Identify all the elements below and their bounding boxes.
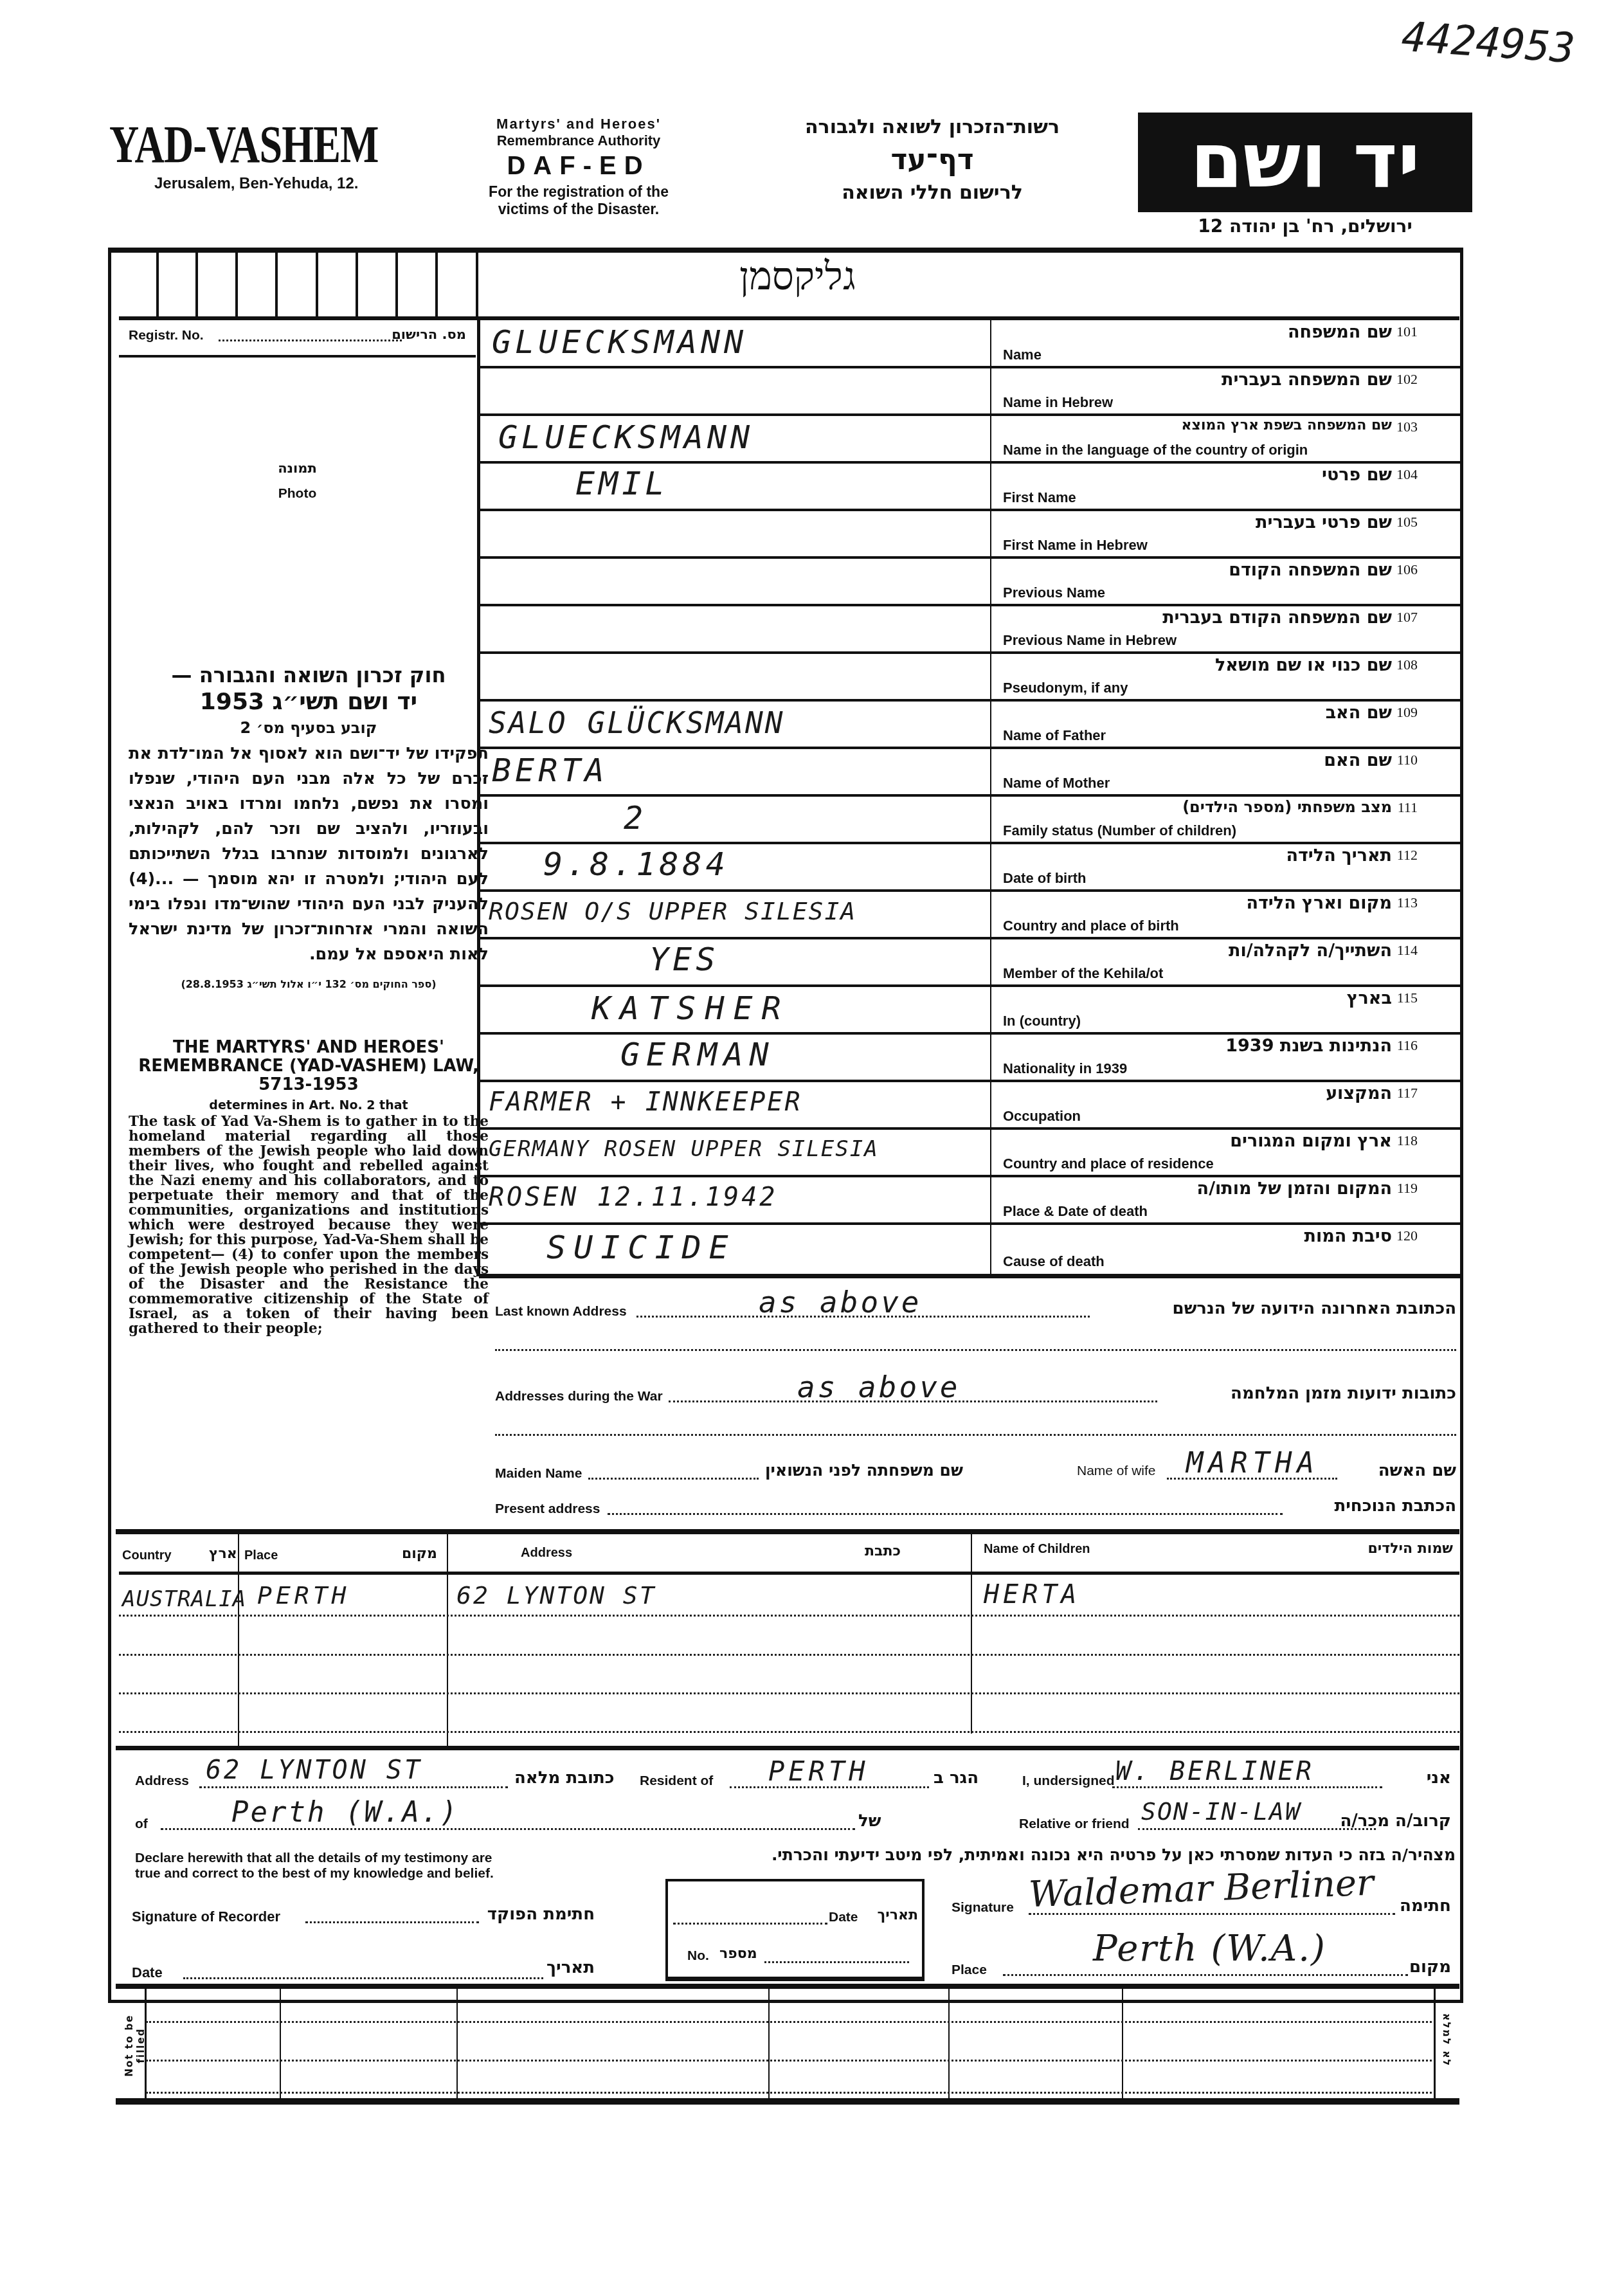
maiden-label-he: שם משפחתה לפני הנשואין [765, 1461, 963, 1480]
field-label-he: שם האב [1326, 703, 1392, 723]
field-label-he: מקום וארץ הלידה [1246, 893, 1392, 913]
hebrew-name-annotation: גליקסמן [739, 254, 856, 299]
table-row[interactable]: AUSTRALIA PERTH 62 LYNTON ST HERTA [119, 1575, 1459, 1617]
field-label-en: Name in Hebrew [1003, 394, 1113, 411]
field-value: EMIL [575, 465, 668, 502]
field-row-101[interactable]: GLUECKSMANN 101 שם המשפחה Name [479, 318, 1463, 368]
field-label-he: שם כנוי או שם מושאל [1215, 655, 1392, 675]
field-value: KATSHER [591, 990, 790, 1027]
declaration-he: מצהיר/ה בזה כי העדות שמסרתי כאן על פרטיה… [771, 1845, 1456, 1864]
field-label-he: המקום והזמן של מותו/ה [1197, 1179, 1392, 1199]
field-number: 107 [1396, 609, 1418, 626]
date-label-en: Date [132, 1964, 163, 1981]
field-label-en: Place & Date of death [1003, 1203, 1148, 1220]
field-number: 113 [1397, 894, 1418, 911]
field-value: GLUECKSMANN [498, 419, 753, 456]
he-address: ירושלים, רח' בן יהודה 12 [1144, 215, 1466, 237]
field-label-en: Member of the Kehila/ot [1003, 965, 1163, 982]
org-title: YAD-VASHEM [109, 114, 379, 175]
field-row-117[interactable]: FARMER + INNKEEPER 117 המקצוע Occupation [479, 1080, 1463, 1130]
field-number: 116 [1397, 1037, 1418, 1054]
resident-value: PERTH [768, 1755, 869, 1787]
header-address-he: כתבת [865, 1543, 901, 1559]
field-value: YES [649, 941, 719, 978]
last-known-address-field[interactable]: Last known Address as above הכתובת האחרו… [495, 1285, 1456, 1323]
field-label-he: סיבת המות [1304, 1226, 1392, 1246]
field-label-en: Name of Father [1003, 727, 1106, 744]
law-en-sub: determines in Art. No. 2 that [129, 1098, 489, 1113]
field-label-he: מצב משפחתי (מספר הילדים) [1182, 798, 1392, 816]
registration-label-he: מס. הרישום [392, 327, 466, 342]
field-label-en: Name in the language of the country of o… [1003, 442, 1308, 458]
maiden-and-wife-field[interactable]: Maiden Name שם משפחתה לפני הנשואין Name … [495, 1447, 1456, 1485]
registration-label-en: Registr. No. [129, 328, 204, 343]
field-row-118[interactable]: GERMANY ROSEN UPPER SILESIA 118 ארץ ומקו… [479, 1127, 1463, 1177]
table-row[interactable] [119, 1655, 1459, 1694]
field-row-102[interactable]: 102 שם המשפחה בעברית Name in Hebrew [479, 366, 1463, 416]
wife-label-he: שם האשה [1378, 1461, 1456, 1480]
field-label-en: Previous Name in Hebrew [1003, 632, 1177, 649]
value: as above [797, 1370, 961, 1404]
field-label-he: שם המשפחה בעברית [1222, 370, 1392, 390]
header-country-he: ארץ [209, 1546, 237, 1562]
he-authority: רשות־הזכרון לשואה ולגבורה [752, 116, 1112, 138]
field-label-he: שם האם [1324, 750, 1392, 770]
field-value: ROSEN O/S UPPER SILESIA [489, 897, 856, 925]
purpose-line1: For the registration of the [450, 183, 707, 201]
field-number: 102 [1396, 371, 1418, 388]
recorder-label-en: Signature of Recorder [132, 1908, 280, 1925]
photo-label-he: תמונה [119, 460, 476, 476]
field-label-he: המקצוע [1326, 1083, 1392, 1103]
testimony-line2[interactable]: of Perth (W.A.) של Relative or friend SO… [122, 1797, 1456, 1836]
not-to-be-filled-label: Not to be filled [123, 1997, 147, 2094]
field-number: 120 [1396, 1228, 1418, 1244]
field-row-116[interactable]: GERMAN 116 הנתינות בשנת 1939 Nationality… [479, 1032, 1463, 1082]
field-label-en: Name [1003, 347, 1042, 363]
he-purpose: לרישום חללי השואה [752, 181, 1112, 204]
header-children-en: Name of Children [984, 1542, 1090, 1557]
place-label-en: Place [952, 1962, 987, 1978]
office-date-field[interactable]: Date תאריך [668, 1907, 922, 1933]
registration-digit-grid [116, 253, 479, 317]
field-value: GERMANY ROSEN UPPER SILESIA [489, 1136, 879, 1162]
field-label-en: Occupation [1003, 1108, 1081, 1125]
value: as above [759, 1285, 922, 1319]
field-rows: GLUECKSMANN 101 שם המשפחה Name 102 שם המ… [479, 318, 1463, 1276]
field-label-en: First Name in Hebrew [1003, 537, 1148, 554]
resident-label-en: Resident of [640, 1773, 713, 1789]
testimony-line1[interactable]: Address 62 LYNTON ST כתובת מלאה Resident… [122, 1755, 1456, 1794]
field-label-en: Cause of death [1003, 1253, 1105, 1270]
declaration-en: Declare herewith that all the details of… [135, 1851, 508, 1881]
header-country-en: Country [122, 1548, 172, 1563]
authority-block-en: Martyrs' and Heroes' Remembrance Authori… [450, 116, 707, 218]
field-label-en: Date of birth [1003, 870, 1087, 887]
box-no-label-he: מספר [719, 1946, 757, 1962]
field-label-en: Nationality in 1939 [1003, 1060, 1127, 1077]
wife-value: MARTHA [1186, 1447, 1319, 1480]
field-row-110[interactable]: BERTA 110 שם האם Name of Mother [479, 747, 1463, 797]
field-number: 111 [1398, 799, 1418, 816]
field-label-en: Name of Mother [1003, 775, 1110, 792]
box-date-label-en: Date [829, 1910, 858, 1925]
field-row-107[interactable]: 107 שם המשפחה הקודם בעברית Previous Name… [479, 604, 1463, 654]
org-address: Jerusalem, Ben-Yehuda, 12. [154, 175, 358, 193]
table-header: Country ארץ Place מקום Address כתבת Name… [119, 1534, 1459, 1575]
place-value: Perth (W.A.) [1093, 1928, 1326, 1970]
relative-label-en: Relative or friend [1019, 1817, 1130, 1832]
place-label-he: מקום [1409, 1957, 1451, 1977]
cell-child-name: HERTA [984, 1580, 1080, 1609]
field-label-he: השתייך/ה לקהלה/ות [1229, 941, 1392, 961]
form-name: DAF-ED [450, 152, 707, 181]
recorder-signature-field[interactable]: Signature of Recorder חתימת הפוקד [132, 1903, 595, 1929]
date-label-he: תאריך [546, 1958, 595, 1977]
header-place-he: מקום [402, 1546, 437, 1562]
field-label-he: שם המשפחה [1288, 322, 1392, 342]
field-label-he: שם פרטי בעברית [1256, 512, 1392, 532]
field-value: ROSEN 12.11.1942 [489, 1183, 777, 1212]
field-row-113[interactable]: ROSEN O/S UPPER SILESIA 113 מקום וארץ הל… [479, 889, 1463, 939]
cell-place: PERTH [257, 1581, 350, 1609]
field-label-he: תאריך הלידה [1286, 846, 1392, 866]
authority-line1: Martyrs' and Heroes' [450, 116, 707, 132]
field-value: GERMAN [620, 1036, 775, 1073]
registration-number-field[interactable]: Registr. No. מס. הרישום [119, 322, 476, 354]
field-label-en: Country and place of residence [1003, 1156, 1214, 1172]
page-number: 4424953 [1400, 14, 1576, 73]
logo-text: יד ושם [1138, 113, 1472, 209]
header-address-en: Address [521, 1546, 572, 1561]
field-label-en: In (country) [1003, 1013, 1081, 1029]
address-value: 62 LYNTON ST [206, 1755, 422, 1785]
office-use-grid: Not to be filled לא למלא [119, 1989, 1459, 2098]
children-table: Country ארץ Place מקום Address כתבת Name… [119, 1534, 1459, 1746]
field-number: 104 [1396, 466, 1418, 483]
field-row-109[interactable]: SALO GLÜCKSMANN 109 שם האב Name of Fathe… [479, 699, 1463, 749]
field-row-106[interactable]: 106 שם המשפחה הקודם Previous Name [479, 556, 1463, 606]
of-label-en: of [135, 1817, 148, 1832]
box-no-label-en: No. [687, 1948, 709, 1964]
field-number: 119 [1397, 1180, 1418, 1197]
recorder-date-field[interactable]: Date תאריך [132, 1958, 595, 1984]
field-row-105[interactable]: 105 שם פרטי בעברית First Name in Hebrew [479, 509, 1463, 559]
of-label-he: של [858, 1811, 881, 1831]
field-value: GLUECKSMANN [492, 323, 747, 361]
undersigned-value: W. BERLINER [1115, 1757, 1314, 1786]
field-label-en: Previous Name [1003, 585, 1105, 601]
witness-place-field[interactable]: Place Perth (W.A.) מקום [952, 1923, 1456, 1980]
field-number: 103 [1396, 419, 1418, 435]
field-row-120[interactable]: SUICIDE 120 סיבת המות Cause of death [479, 1222, 1463, 1278]
label-he: כתובות ידועות מזמן המלחמה [1231, 1384, 1456, 1403]
field-label-en: Pseudonym, if any [1003, 680, 1128, 696]
maiden-label-en: Maiden Name [495, 1466, 582, 1482]
law-he-body: תפקידו של יד־ושם הוא לאסוף אל המו־לדת את… [129, 741, 489, 967]
field-number: 118 [1397, 1132, 1418, 1149]
law-he-ref: (ספר החוקים מס׳ 132 י״ו אלול תשי״ג 28.8.… [129, 971, 489, 997]
present-address-field[interactable]: Present address הכתבת הנוכחית [495, 1489, 1456, 1521]
field-number: 115 [1397, 990, 1418, 1006]
of-value: Perth (W.A.) [231, 1796, 459, 1829]
field-row-112[interactable]: 9.8.1884 112 תאריך הלידה Date of birth [479, 842, 1463, 892]
field-number: 117 [1397, 1085, 1418, 1101]
field-label-en: First Name [1003, 489, 1076, 506]
field-number: 101 [1396, 323, 1418, 340]
law-he-title1: חוק זכרון השואה והגבורה — [129, 662, 489, 689]
field-value: FARMER + INNKEEPER [489, 1087, 802, 1117]
authority-line2: Remembrance Authority [450, 132, 707, 149]
authority-block-he: רשות־הזכרון לשואה ולגבורה דף־עד לרישום ח… [752, 116, 1112, 204]
label-en: Present address [495, 1501, 600, 1517]
law-en-body: The task of Yad Va-Shem is to gather in … [129, 1114, 489, 1336]
field-number: 108 [1396, 657, 1418, 673]
table-row[interactable] [119, 1694, 1459, 1733]
photo-box: תמונה Photo [119, 358, 476, 647]
field-row-104[interactable]: EMIL 104 שם פרטי First Name [479, 461, 1463, 511]
cell-address: 62 LYNTON ST [456, 1581, 656, 1609]
field-number: 105 [1396, 514, 1418, 530]
field-value: BERTA [492, 752, 608, 789]
undersigned-label-he: אני [1427, 1768, 1451, 1788]
field-value: 2 [624, 799, 647, 837]
field-number: 114 [1397, 942, 1418, 959]
he-form-name: דף־עד [752, 143, 1112, 176]
box-date-label-he: תאריך [878, 1907, 918, 1923]
field-label-he: בארץ [1347, 988, 1392, 1008]
field-number: 110 [1397, 752, 1418, 768]
resident-label-he: הגר ב [934, 1768, 979, 1788]
law-en-title: THE MARTYRS' AND HEROES' REMEMBRANCE (YA… [129, 1038, 489, 1094]
field-label-en: Country and place of birth [1003, 918, 1179, 934]
field-number: 109 [1396, 704, 1418, 721]
field-label-he: הנתינות בשנת 1939 [1225, 1036, 1392, 1056]
undersigned-label-en: I, undersigned [1022, 1773, 1115, 1789]
not-to-be-filled-label-he: לא למלא [1441, 1992, 1453, 2089]
office-box: Date תאריך No. מספר [665, 1879, 925, 1981]
field-label-he: שם המשפחה הקודם [1229, 560, 1392, 580]
header-children-he: שמות הילדים [1368, 1541, 1453, 1557]
field-label-en: Family status (Number of children) [1003, 822, 1236, 839]
label-en: Last known Address [495, 1304, 627, 1319]
signature-label-en: Signature [952, 1900, 1014, 1916]
signature-value: Waldemar Berliner [1028, 1862, 1375, 1916]
signature-label-he: חתימה [1400, 1896, 1451, 1916]
recorder-label-he: חתימת הפוקד [487, 1905, 595, 1924]
field-row-115[interactable]: KATSHER 115 בארץ In (country) [479, 984, 1463, 1035]
law-text-english: THE MARTYRS' AND HEROES' REMEMBRANCE (YA… [129, 1038, 489, 1336]
witness-signature-field[interactable]: Signature Waldemar Berliner חתימה [952, 1868, 1456, 1919]
field-label-he: ארץ ומקום המגורים [1230, 1131, 1392, 1151]
yad-vashem-logo: יד ושם [1138, 113, 1472, 212]
law-text-hebrew: חוק זכרון השואה והגבורה — יד ושם תשי״ג 1… [129, 662, 489, 997]
header-place-en: Place [244, 1548, 278, 1563]
field-value: SALO GLÜCKSMANN [489, 705, 784, 740]
label-en: Addresses during the War [495, 1389, 663, 1404]
address-label-he: כתובת מלאה [514, 1768, 614, 1788]
wife-label-en: Name of wife [1077, 1464, 1156, 1479]
relative-value: SON-IN-LAW [1141, 1797, 1301, 1826]
field-label-he: שם פרטי [1322, 465, 1392, 485]
law-he-title2: יד ושם תשי״ג 1953 [129, 689, 489, 715]
office-number-field[interactable]: No. מספר [668, 1946, 922, 1971]
cell-country: AUSTRALIA [122, 1586, 246, 1612]
field-number: 112 [1397, 847, 1418, 864]
purpose-line2: victims of the Disaster. [450, 201, 707, 218]
field-row-119[interactable]: ROSEN 12.11.1942 119 המקום והזמן של מותו… [479, 1175, 1463, 1225]
field-label-he: שם המשפחה הקודם בעברית [1162, 608, 1392, 628]
law-he-sub: קובע בסעיף מס׳ 2 [129, 715, 489, 741]
field-value: SUICIDE [546, 1229, 736, 1266]
table-row[interactable] [119, 1617, 1459, 1656]
label-he: הכתבת הנוכחית [1334, 1496, 1456, 1516]
address-label-en: Address [135, 1773, 189, 1789]
field-row-103[interactable]: GLUECKSMANN 103 שם המשפחה בשפת ארץ המוצא… [479, 413, 1463, 464]
field-number: 106 [1396, 561, 1418, 578]
photo-label-en: Photo [119, 486, 476, 502]
field-row-114[interactable]: YES 114 השתייך/ה לקהלה/ות Member of the … [479, 937, 1463, 987]
label-he: הכתובת האחרונה הידועה של הנרשם [1173, 1299, 1456, 1318]
field-row-108[interactable]: 108 שם כנוי או שם מושאל Pseudonym, if an… [479, 651, 1463, 702]
field-value: 9.8.1884 [543, 846, 729, 883]
field-label-he: שם המשפחה בשפת ארץ המוצא [1182, 417, 1392, 433]
war-address-field[interactable]: Addresses during the War as above כתובות… [495, 1370, 1456, 1408]
field-row-111[interactable]: 2 111 מצב משפחתי (מספר הילדים) Family st… [479, 794, 1463, 844]
relative-label-he: קרוב/ה מכר/ה [1340, 1811, 1451, 1831]
